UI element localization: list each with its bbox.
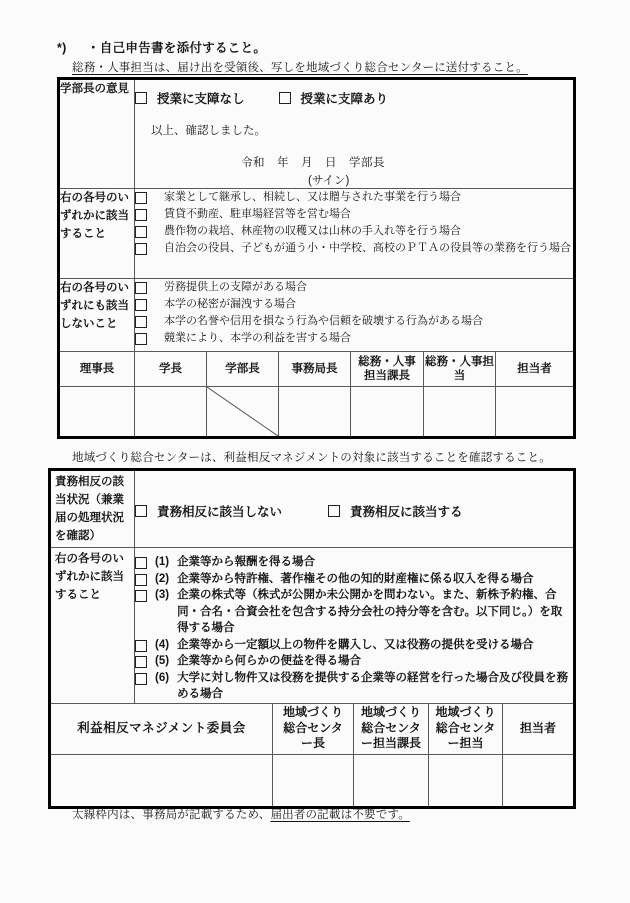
signature-cell-crossed-out	[207, 387, 279, 438]
checkbox-item: (3)企業の株式等（株式が公開か未公開かを問わない。また、新株予約権、合同・合名…	[135, 587, 573, 637]
class-interference-options: 授業に支障なし 授業に支障あり	[135, 80, 573, 107]
approval-header-cell: 学部長	[207, 352, 279, 387]
item-label: 大学に対し物件又は役務を提供する企業等の経営を行った場合及び役員を務める場合	[177, 670, 573, 703]
checkbox-item: 労務提供上の支障がある場合	[135, 279, 573, 296]
checkbox-icon[interactable]	[135, 192, 147, 204]
checkbox-icon[interactable]	[135, 505, 147, 517]
row-label-applicable-none: 右の各号のいずれにも該当しないこと	[59, 279, 135, 352]
checkbox-icon[interactable]	[135, 590, 147, 602]
signature-cell[interactable]	[351, 387, 424, 438]
option-label: 授業に支障なし	[157, 89, 245, 107]
checkbox-item: 競業により、本学の利益を害する場合	[135, 330, 573, 347]
intro-line1-text: ・自己申告書を添付すること。	[87, 41, 266, 55]
item-label: 企業の株式等（株式が公開か未公開かを問わない。また、新株予約権、合同・合名・合資…	[177, 587, 573, 637]
approval-header-cell: 学長	[135, 352, 207, 387]
sign-label: (サイン)	[308, 172, 573, 188]
intro-line1: *)・自己申告書を添付すること。	[57, 38, 528, 56]
option-duty-conflict: 責務相反に該当する	[328, 502, 463, 520]
checkbox-icon[interactable]	[135, 557, 147, 569]
footer-note: 太線枠内は、事務局が記載するため、届出者の記載は不要です。	[72, 806, 410, 822]
item-label: 家業として継承し、相続し、又は贈与された事業を行う場合	[164, 189, 573, 206]
item-label: 本学の秘密が漏洩する場合	[164, 296, 573, 313]
item-label: 企業等から特許権、著作権その他の知的財産権に係る収入を得る場合	[177, 571, 573, 588]
signature-cell[interactable]	[279, 387, 351, 438]
approval-header-cell: 地域づくり 総合センタ ー長	[273, 703, 354, 754]
date-signature-line: 令和 年 月 日 学部長	[241, 154, 573, 170]
signature-cell[interactable]	[59, 387, 135, 438]
approval-header-cell: 担当者	[496, 352, 575, 387]
duty-conflict-options-cell: 責務相反に該当しない 責務相反に該当する	[135, 470, 575, 548]
approval-header-cell: 総務・人事担 当	[424, 352, 496, 387]
checkbox-icon[interactable]	[135, 299, 147, 311]
document-page: *)・自己申告書を添付すること。 総務・人事担当は、届け出を受領後、写しを地域づ…	[0, 0, 630, 903]
checkbox-item: 農作物の栽培、林産物の収穫又は山林の手入れ等を行う場合	[135, 223, 573, 240]
checkbox-icon[interactable]	[135, 640, 147, 652]
item-label: 企業等から一定額以上の物件を購入し、又は役務の提供を受ける場合	[177, 637, 573, 654]
approval-header-cell: 担当者	[503, 703, 575, 754]
item-label: 賃貸不動産、駐車場経営等を営む場合	[164, 206, 573, 223]
row-label-applicable-any: 右の各号のいずれかに該当すること	[59, 189, 135, 279]
checkbox-item: (6)大学に対し物件又は役務を提供する企業等の経営を行った場合及び役員を務める場…	[135, 670, 573, 703]
item-label: 企業等から何らかの便益を得る場合	[177, 653, 573, 670]
diagonal-line-icon	[207, 387, 278, 436]
checkbox-item: (2)企業等から特許権、著作権その他の知的財産権に係る収入を得る場合	[135, 571, 573, 588]
option-label: 責務相反に該当する	[350, 502, 463, 520]
intro-note: *)・自己申告書を添付すること。 総務・人事担当は、届け出を受領後、写しを地域づ…	[57, 38, 528, 75]
checkbox-icon[interactable]	[279, 92, 291, 104]
checkbox-icon[interactable]	[135, 673, 147, 685]
asterisk-marker: *)	[57, 41, 87, 55]
item-number: (6)	[155, 670, 169, 687]
item-number: (4)	[155, 637, 169, 654]
option-no-interference: 授業に支障なし	[135, 89, 245, 107]
signature-cell[interactable]	[354, 754, 429, 807]
checkbox-item: 本学の秘密が漏洩する場合	[135, 296, 573, 313]
checkbox-icon[interactable]	[135, 656, 147, 668]
checkbox-icon[interactable]	[135, 226, 147, 238]
checkbox-item: (4)企業等から一定額以上の物件を購入し、又は役務の提供を受ける場合	[135, 637, 573, 654]
section-note: 地域づくり総合センターは、利益相反マネジメントの対象に該当することを確認すること…	[72, 449, 551, 465]
row-label-coi-applicable-any: 右の各号のいずれかに該当すること	[50, 548, 135, 704]
applicable-items-cell: 家業として継承し、相続し、又は贈与された事業を行う場合 賃貸不動産、駐車場経営等…	[135, 189, 575, 279]
checkbox-item: 家業として継承し、相続し、又は贈与された事業を行う場合	[135, 189, 573, 206]
signature-cell[interactable]	[273, 754, 354, 807]
footer-note-prefix: 太線枠内は、事務局が記載するため、	[72, 809, 270, 821]
row-label-dean-opinion: 学部長の意見	[59, 79, 135, 189]
dean-approval-table: 学部長の意見 授業に支障なし 授業に支障あり 以上、確認しました。 令和 年 月…	[57, 77, 576, 439]
item-label: 本学の名誉や信用を損なう行為や信頼を破壊する行為がある場合	[164, 313, 573, 330]
item-number: (5)	[155, 653, 169, 670]
checkbox-icon[interactable]	[135, 574, 147, 586]
duty-conflict-options: 責務相反に該当しない 責務相反に該当する	[135, 471, 573, 520]
checkbox-item: 本学の名誉や信用を損なう行為や信頼を破壊する行為がある場合	[135, 313, 573, 330]
option-interference: 授業に支障あり	[279, 89, 389, 107]
approval-header-cell: 事務局長	[279, 352, 351, 387]
approval-header-cell: 理事長	[59, 352, 135, 387]
coi-items-cell: (1)企業等から報酬を得る場合 (2)企業等から特許権、著作権その他の知的財産権…	[135, 548, 575, 704]
item-label: 自治会の役員、子どもが通う小・中学校、高校のＰＴＡの役員等の業務を行う場合	[164, 240, 573, 257]
checkbox-item: 自治会の役員、子どもが通う小・中学校、高校のＰＴＡの役員等の業務を行う場合	[135, 240, 573, 257]
checkbox-item: (5)企業等から何らかの便益を得る場合	[135, 653, 573, 670]
checkbox-item: 賃貸不動産、駐車場経営等を営む場合	[135, 206, 573, 223]
confirmation-text: 以上、確認しました。	[151, 122, 573, 138]
coi-table: 責務相反の該当状況（兼業届の処理状況を確認） 責務相反に該当しない 責務相反に該…	[48, 468, 576, 809]
checkbox-icon[interactable]	[328, 505, 340, 517]
item-number: (1)	[155, 554, 169, 571]
checkbox-icon[interactable]	[135, 92, 147, 104]
checkbox-icon[interactable]	[135, 282, 147, 294]
option-label: 授業に支障あり	[301, 89, 389, 107]
signature-cell[interactable]	[50, 754, 273, 807]
footer-note-underlined: 届出者の記載は不要です。	[270, 809, 409, 821]
approval-header-cell: 総務・人事 担当課長	[351, 352, 424, 387]
approval-header-committee: 利益相反マネジメント委員会	[50, 703, 273, 754]
item-label: 競業により、本学の利益を害する場合	[164, 330, 573, 347]
checkbox-icon[interactable]	[135, 209, 147, 221]
dean-opinion-cell: 授業に支障なし 授業に支障あり 以上、確認しました。 令和 年 月 日 学部長 …	[135, 79, 575, 189]
signature-cell[interactable]	[424, 387, 496, 438]
checkbox-icon[interactable]	[135, 333, 147, 345]
item-number: (3)	[155, 587, 169, 604]
checkbox-item: (1)企業等から報酬を得る場合	[135, 554, 573, 571]
intro-line2-text: 総務・人事担当は、届け出を受領後、写しを地域づくり総合センターに送付すること。	[72, 59, 528, 75]
option-label: 責務相反に該当しない	[157, 502, 282, 520]
approval-header-cell: 地域づくり 総合センタ ー担当課長	[354, 703, 429, 754]
item-label: 企業等から報酬を得る場合	[177, 554, 573, 571]
item-number: (2)	[155, 571, 169, 588]
checkbox-icon[interactable]	[135, 243, 147, 255]
item-label: 労務提供上の支障がある場合	[164, 279, 573, 296]
item-label: 農作物の栽培、林産物の収穫又は山林の手入れ等を行う場合	[164, 223, 573, 240]
signature-cell[interactable]	[429, 754, 503, 807]
approval-header-cell: 地域づくり 総合センタ ー担当	[429, 703, 503, 754]
signature-cell[interactable]	[503, 754, 575, 807]
row-label-duty-conflict-status: 責務相反の該当状況（兼業届の処理状況を確認）	[50, 470, 135, 548]
signature-cell[interactable]	[135, 387, 207, 438]
non-applicable-items-cell: 労務提供上の支障がある場合 本学の秘密が漏洩する場合 本学の名誉や信用を損なう行…	[135, 279, 575, 352]
checkbox-icon[interactable]	[135, 316, 147, 328]
signature-cell[interactable]	[496, 387, 575, 438]
option-no-duty-conflict: 責務相反に該当しない	[135, 502, 282, 520]
